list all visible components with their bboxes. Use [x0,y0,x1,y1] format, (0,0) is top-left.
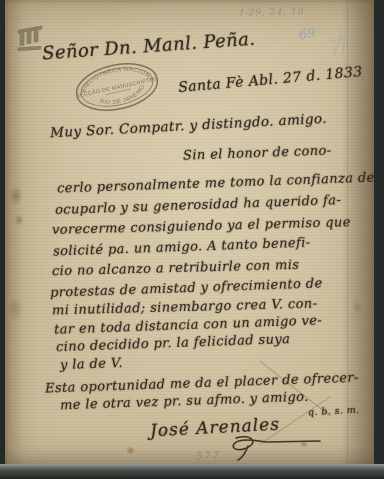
signature-flourish [208,432,330,462]
catalog-code-annotation: I-29, 24, 10 [240,7,305,18]
manuscript-letter-scan: I-29, 24, 10 69 BIBLIOTHECA NACIONAL SEC… [0,0,384,479]
folio-number-blue: 69 [298,26,316,43]
embossed-seal-icon [16,24,44,54]
body-line: y la de V. [60,356,123,373]
scan-background-edge [0,464,384,479]
faint-blue-mark [328,26,354,60]
page-number-pencil: 577 [196,451,221,463]
